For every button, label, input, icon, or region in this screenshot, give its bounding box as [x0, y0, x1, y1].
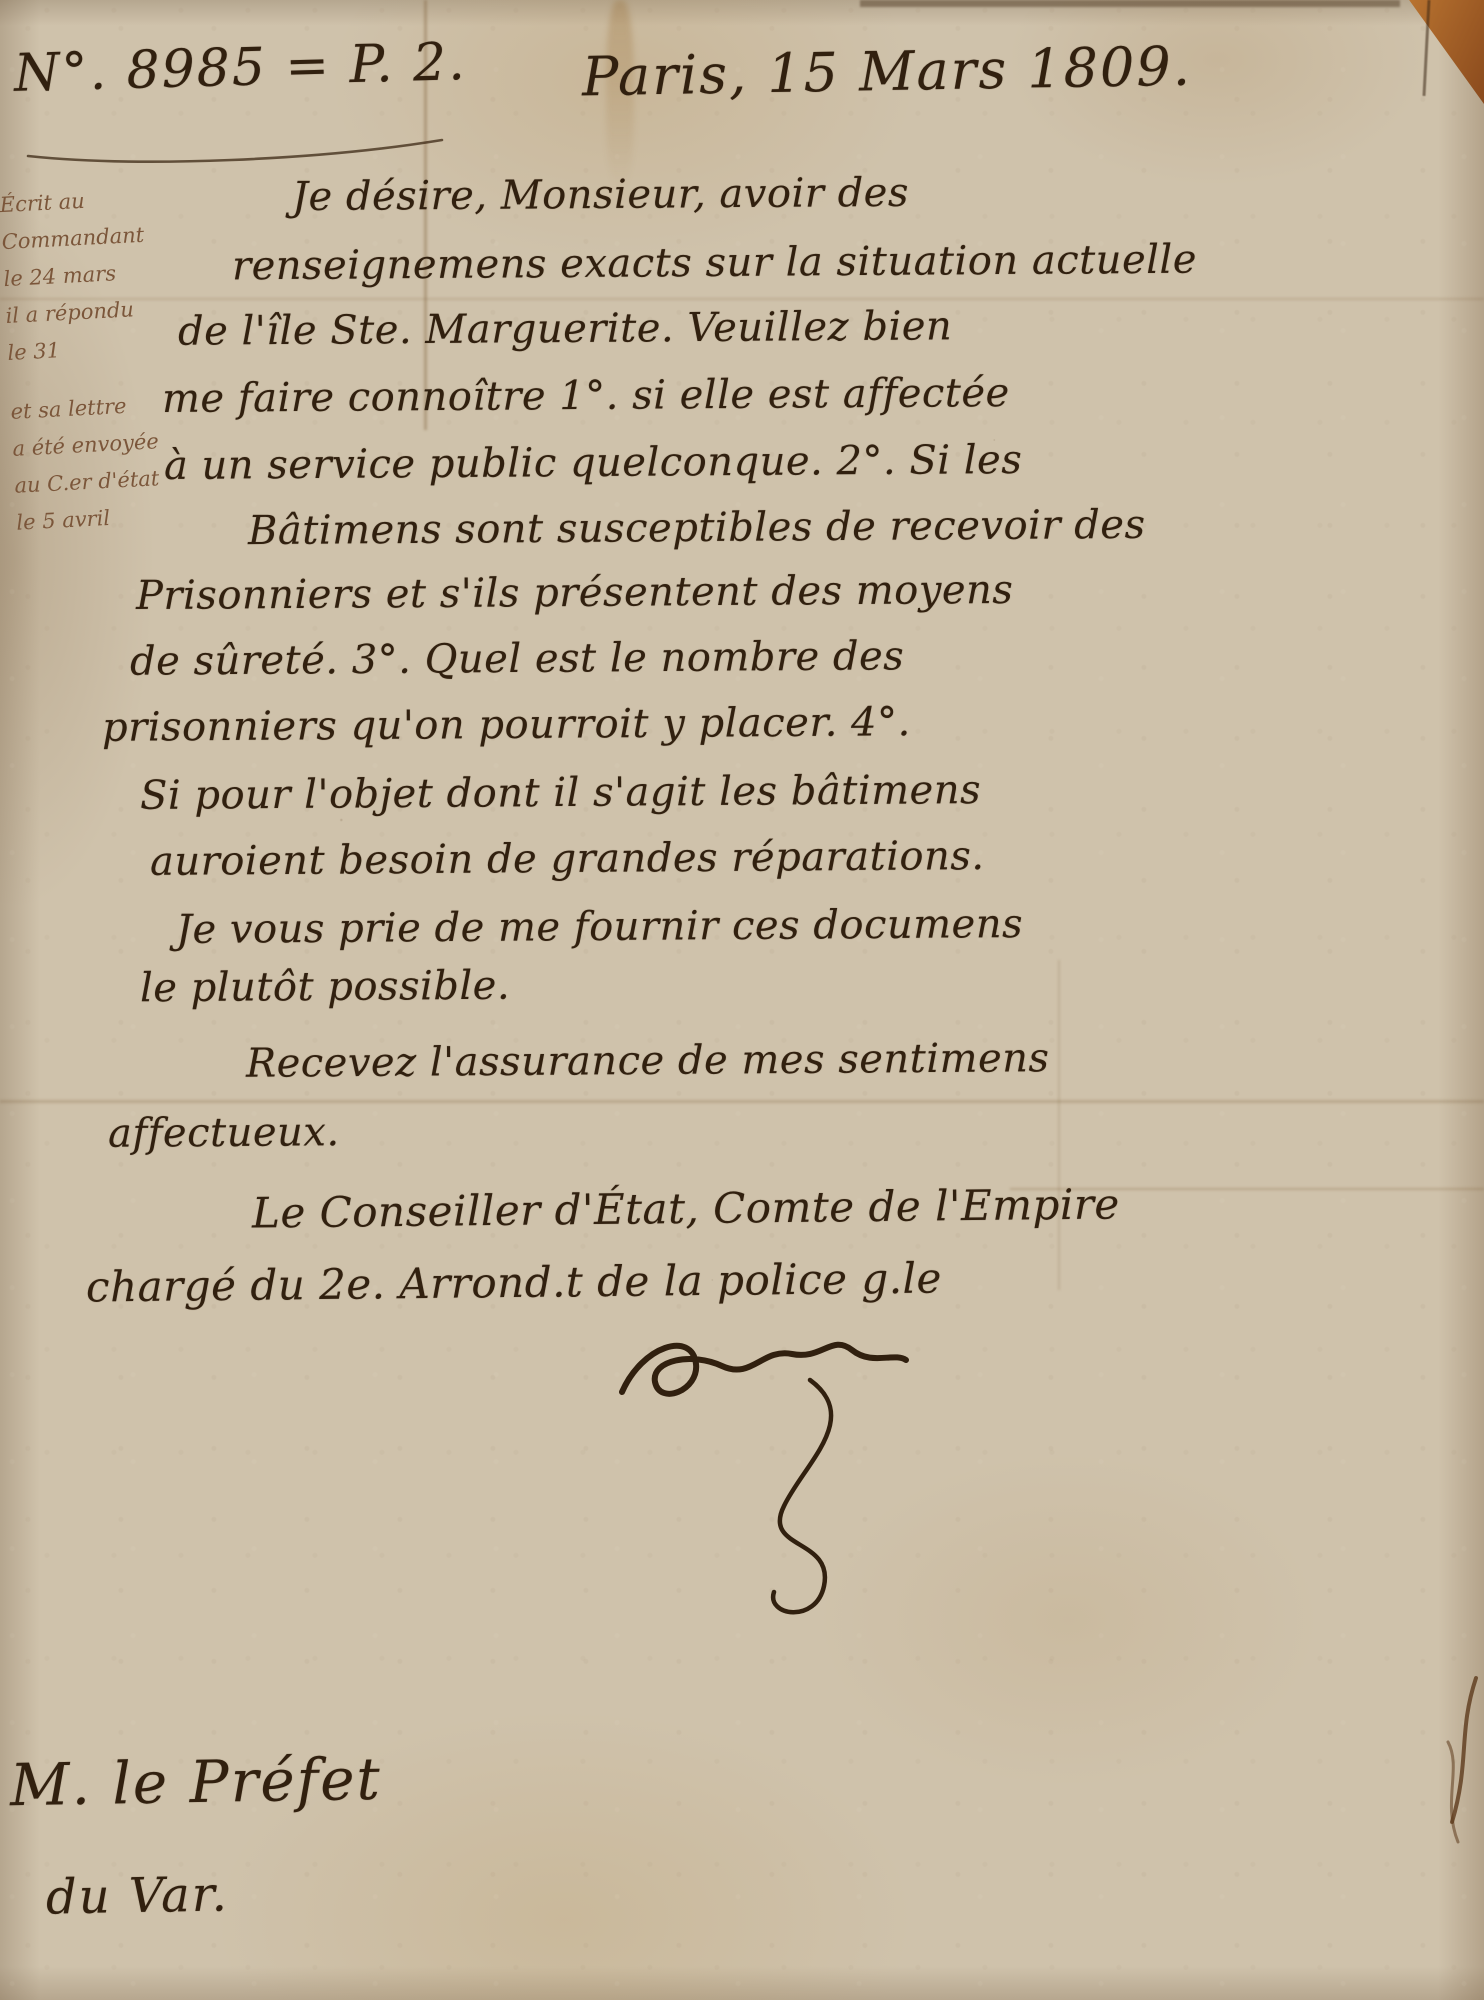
letter-line: affectueux. [108, 1109, 340, 1157]
letter-line: prisonniers qu'on pourroit y placer. 4°. [102, 699, 911, 751]
fold-crease-vertical [1058, 960, 1060, 1290]
letter-line: à un service public quelconque. 2°. Si l… [164, 437, 1023, 489]
letter-document: N°. 8985 = P. 2. Paris, 15 Mars 1809. Éc… [0, 0, 1484, 2000]
letter-line: Recevez l'assurance de mes sentimens [246, 1035, 1050, 1087]
letter-line: le plutôt possible. [140, 963, 510, 1012]
recipient-line: du Var. [46, 1866, 230, 1925]
letter-line: me faire connoître 1°. si elle est affec… [162, 370, 1010, 422]
letter-line: Je désire, Monsieur, avoir des [292, 170, 909, 220]
fold-crease-horizontal [0, 1100, 1484, 1103]
signature-flourish [600, 1296, 930, 1626]
fold-crease-horizontal [0, 298, 1484, 300]
letter-line: Prisonniers et s'ils présentent des moye… [136, 567, 1014, 619]
letter-line: auroient besoin de grandes réparations. [150, 833, 985, 885]
letter-line: renseignemens exacts sur la situation ac… [232, 237, 1197, 290]
dateline: Paris, 15 Mars 1809. [581, 35, 1192, 109]
reference-number: N°. 8985 = P. 2. [13, 32, 467, 104]
page-top-edge-shadow [860, 0, 1400, 7]
letter-line: Si pour l'objet dont il s'agit les bâtim… [140, 767, 981, 819]
letter-line: Je vous prie de me fournir ces documens [176, 901, 1023, 953]
letter-line: de l'île Ste. Marguerite. Veuillez bien [178, 303, 953, 354]
closing-line: Le Conseiller d'État, Comte de l'Empire [252, 1179, 1120, 1237]
backing-surface-corner [1388, 0, 1484, 104]
letter-line: de sûreté. 3°. Quel est le nombre des [130, 633, 905, 684]
reference-underline-flourish [20, 128, 450, 170]
letter-line: Bâtimens sont susceptibles de recevoir d… [248, 502, 1146, 554]
recipient-line: M. le Préfet [9, 1745, 382, 1819]
ink-mark [1418, 1672, 1484, 1852]
